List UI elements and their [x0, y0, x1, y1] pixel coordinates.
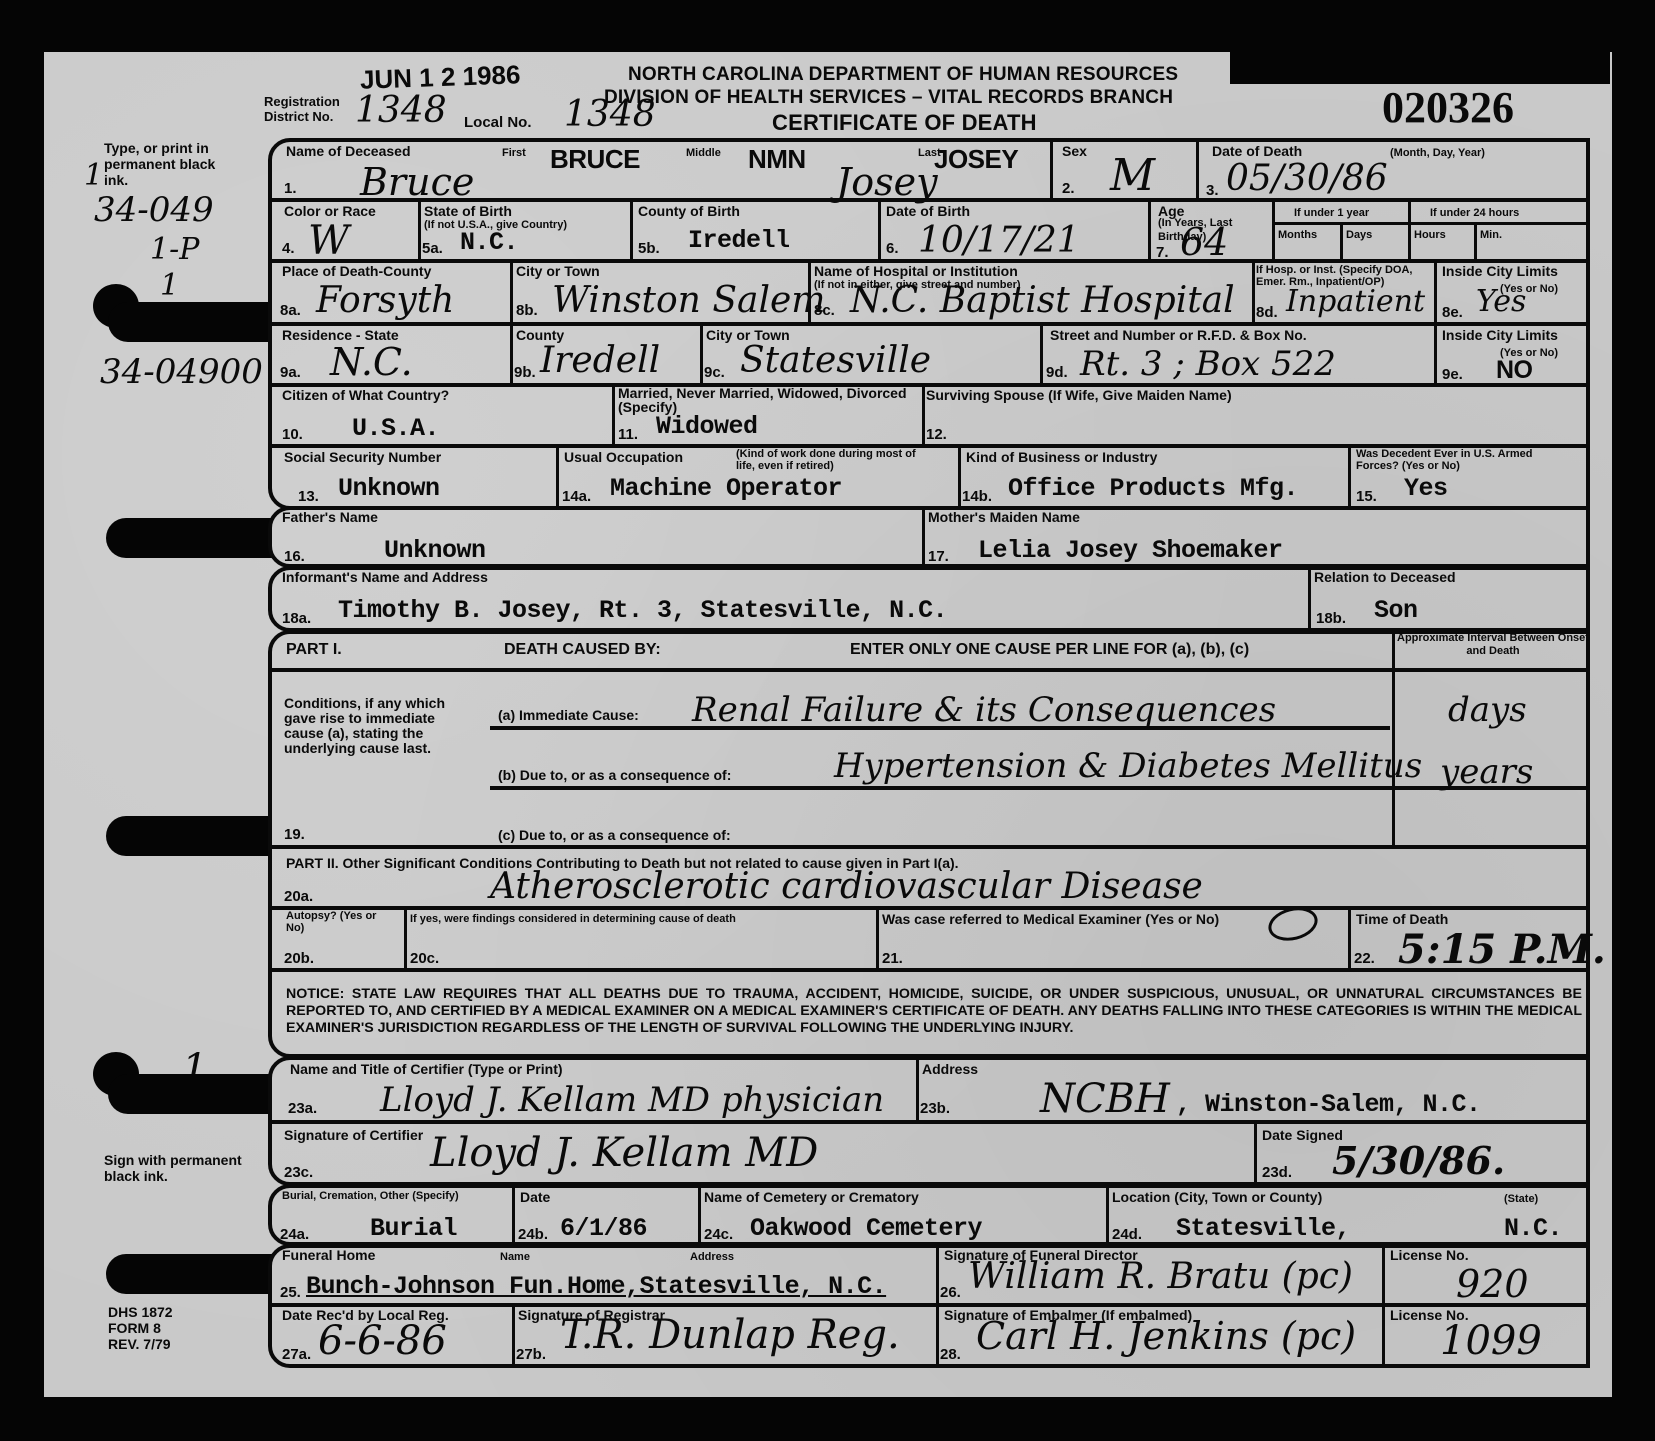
field-number: 26.	[940, 1284, 961, 1301]
field-number: 20b.	[284, 950, 314, 967]
father-value: Unknown	[384, 536, 486, 565]
field-number: 7.	[1156, 244, 1169, 261]
field-number: 24a.	[280, 1226, 309, 1243]
field-number: 17.	[928, 548, 949, 565]
divider	[510, 261, 513, 323]
field-number: 23d.	[1262, 1164, 1292, 1181]
spouse-label: Surviving Spouse (If Wife, Give Maiden N…	[926, 388, 1232, 402]
divider	[958, 446, 961, 508]
form-id-line: DHS 1872	[108, 1304, 173, 1320]
hospital-value: N.C. Baptist Hospital	[850, 280, 1235, 321]
divider	[272, 968, 1590, 972]
occupation-value: Machine Operator	[610, 474, 842, 503]
form-id: DHS 1872 FORM 8 REV. 7/79	[108, 1304, 173, 1352]
divider	[1148, 200, 1151, 260]
marital-value: Widowed	[656, 412, 758, 441]
certifier-address-label: Address	[922, 1062, 978, 1076]
cemetery-value: Oakwood Cemetery	[750, 1214, 982, 1243]
state-label: (State)	[1504, 1192, 1538, 1206]
signed-first-name: Bruce	[360, 160, 474, 204]
field-number: 2.	[1062, 180, 1075, 197]
state-value: N.C.	[1504, 1214, 1562, 1243]
field-number: 18a.	[282, 610, 311, 627]
binder-tab	[106, 1254, 272, 1294]
divider	[1040, 324, 1043, 384]
informant-label: Informant's Name and Address	[282, 570, 488, 584]
date-of-birth-label: Date of Birth	[886, 204, 970, 218]
certifier-signature-label: Signature of Certifier	[284, 1128, 423, 1142]
field-number: 24d.	[1112, 1226, 1142, 1243]
ssn-label: Social Security Number	[284, 450, 441, 464]
binder-tab	[106, 518, 272, 558]
field-number: 23a.	[288, 1100, 317, 1117]
county-of-birth-label: County of Birth	[638, 204, 740, 218]
field-number: 9e.	[1442, 366, 1463, 383]
divider	[916, 1058, 919, 1122]
certificate-number: 020326	[1382, 82, 1514, 133]
date-signed-label: Date Signed	[1262, 1128, 1343, 1142]
res-state-value: N.C.	[330, 340, 413, 384]
field-number: 14a.	[562, 488, 591, 505]
place-city-value: Winston Salem	[552, 280, 825, 321]
field-number: 14b.	[962, 488, 992, 505]
part1-label: PART I.	[286, 643, 342, 657]
divider	[272, 1120, 1590, 1124]
due-to-c-label: (c) Due to, or as a consequence of:	[498, 828, 731, 842]
field-number: 23c.	[284, 1164, 313, 1181]
embalmer-signature: Carl H. Jenkins (pc)	[976, 1314, 1356, 1358]
age-value: 64	[1180, 220, 1228, 264]
name-label: Name of Deceased	[286, 144, 411, 158]
divider	[1252, 261, 1255, 323]
field-number: 9a.	[280, 364, 301, 381]
interval-a-value: days	[1448, 690, 1527, 730]
legal-notice: NOTICE: STATE LAW REQUIRES THAT ALL DEAT…	[286, 986, 1582, 1037]
divider	[490, 786, 1590, 790]
divider	[404, 908, 407, 968]
location-label: Location (City, Town or County)	[1112, 1190, 1322, 1204]
ssn-value: Unknown	[338, 474, 440, 503]
divider	[1348, 446, 1351, 508]
res-street-label: Street and Number or R.F.D. & Box No.	[1050, 328, 1307, 342]
middle-label: Middle	[686, 146, 721, 160]
occupation-label: Usual Occupation	[564, 450, 683, 464]
form-id-line: FORM 8	[108, 1320, 173, 1336]
interval-label: Approximate Interval Between Onset and D…	[1396, 632, 1590, 658]
sex-value: M	[1110, 150, 1155, 201]
field-number: 8e.	[1442, 304, 1463, 321]
field-number: 16.	[284, 548, 305, 565]
margin-note: 1-P	[150, 232, 199, 267]
signed-last-name: Josey	[836, 160, 938, 204]
days-label: Days	[1346, 228, 1372, 242]
date-of-death-label: Date of Death	[1212, 144, 1302, 158]
divider	[1196, 140, 1199, 200]
min-label: Min.	[1480, 228, 1502, 242]
divider	[1408, 200, 1411, 260]
certificate-title: CERTIFICATE OF DEATH	[772, 110, 1037, 136]
immediate-cause-value: Renal Failure & its Consequences	[692, 690, 1276, 730]
field-number: 20c.	[410, 950, 439, 967]
field-number: 25.	[280, 1284, 301, 1301]
field-number: 5b.	[638, 240, 660, 257]
res-city-value: Statesville	[740, 340, 931, 381]
date-received-value: 6-6-86	[318, 1318, 447, 1364]
place-city-label: City or Town	[516, 264, 600, 278]
hosp-status-value: Inpatient	[1286, 284, 1425, 319]
division-title: DIVISION OF HEALTH SERVICES – VITAL RECO…	[604, 87, 1173, 109]
field-number: 21.	[882, 950, 903, 967]
conditions-note: Conditions, if any which gave rise to im…	[284, 696, 464, 756]
divider	[878, 200, 881, 260]
disposition-method-value: Burial	[370, 1214, 457, 1243]
res-street-value: Rt. 3 ; Box 522	[1080, 344, 1336, 384]
first-label: First	[502, 146, 526, 160]
due-to-b-value: Hypertension & Diabetes Mellitus	[834, 746, 1422, 786]
marital-label: Married, Never Married, Widowed, Divorce…	[618, 386, 908, 414]
inside-city-value: Yes	[1476, 284, 1526, 319]
time-of-death-value: 5:15 P.M.	[1398, 926, 1606, 973]
divider	[612, 385, 615, 445]
field-number: 28.	[940, 1346, 961, 1363]
field-number: 10.	[282, 426, 303, 443]
divider	[1272, 222, 1590, 225]
divider	[922, 508, 925, 568]
divider	[1340, 222, 1343, 260]
sign-instruction: Sign with permanent black ink.	[104, 1152, 264, 1184]
field-number: 23b.	[920, 1100, 950, 1117]
first-name: BRUCE	[550, 144, 640, 175]
divider	[556, 446, 559, 508]
field-number: 9b.	[514, 364, 536, 381]
field-number: 9c.	[704, 364, 725, 381]
part2-value: Atherosclerotic cardiovascular Disease	[490, 866, 1203, 907]
field-number: 8d.	[1256, 304, 1278, 321]
field-number: 8b.	[516, 302, 538, 319]
informant-value: Timothy B. Josey, Rt. 3, Statesville, N.…	[338, 596, 947, 625]
county-of-birth-value: Iredell	[688, 226, 790, 255]
field-number: 9d.	[1046, 364, 1068, 381]
margin-note: 34-04900	[100, 352, 263, 392]
res-county-value: Iredell	[540, 340, 660, 381]
disposition-date-label: Date	[520, 1190, 550, 1204]
mother-label: Mother's Maiden Name	[928, 510, 1080, 524]
field-number: 1.	[284, 180, 297, 197]
armed-forces-value: Yes	[1404, 474, 1448, 503]
field-number: 11.	[618, 426, 638, 443]
citizen-label: Citizen of What Country?	[282, 388, 449, 402]
license1-value: 920	[1456, 1262, 1529, 1306]
registrar-signature: T.R. Dunlap Reg.	[560, 1312, 900, 1358]
middle-name: NMN	[748, 144, 806, 175]
armed-forces-label: Was Decedent Ever in U.S. Armed Forces? …	[1356, 448, 1556, 472]
medical-examiner-label: Was case referred to Medical Examiner (Y…	[882, 912, 1219, 926]
field-number: 20a.	[284, 888, 313, 905]
place-county-label: Place of Death-County	[282, 264, 431, 278]
race-value: W	[308, 218, 349, 264]
divider	[1434, 261, 1437, 323]
local-no-value: 1348	[564, 94, 656, 135]
form-id-line: REV. 7/79	[108, 1336, 173, 1352]
certifier-address-hand: NCBH	[1040, 1076, 1170, 1122]
reg-district-value: 1348	[355, 90, 447, 131]
divider	[876, 908, 879, 968]
field-number: 5a.	[422, 240, 443, 257]
scan-border-tab	[1230, 44, 1610, 84]
field-number: 4.	[282, 240, 295, 257]
date-format-hint: (Month, Day, Year)	[1390, 146, 1485, 160]
location-value: Statesville,	[1176, 1214, 1350, 1243]
occupation-hint: (Kind of work done during most of life, …	[736, 448, 936, 472]
certifier-signature: Lloyd J. Kellam MD	[430, 1130, 818, 1176]
state-of-birth-hint: (If not U.S.A., give Country)	[424, 218, 624, 232]
ink-instruction: Type, or print in permanent black ink.	[104, 140, 234, 188]
funeral-name-sublabel: Name	[500, 1250, 530, 1264]
funeral-address-sublabel: Address	[690, 1250, 734, 1264]
divider	[698, 1186, 701, 1246]
field-number: 18b.	[1316, 610, 1346, 627]
field-number: 8a.	[280, 302, 301, 319]
autopsy-label: Autopsy? (Yes or No)	[286, 910, 396, 934]
margin-note: 34-049	[94, 190, 214, 230]
divider	[1392, 632, 1395, 848]
divider	[272, 322, 1590, 326]
divider	[936, 1246, 939, 1366]
divider	[512, 1186, 515, 1246]
divider	[1382, 1246, 1385, 1366]
certifier-name-value: Lloyd J. Kellam MD physician	[380, 1080, 884, 1120]
due-to-b-label: (b) Due to, or as a consequence of:	[498, 768, 731, 782]
time-of-death-label: Time of Death	[1356, 912, 1448, 926]
field-number: 22.	[1354, 950, 1375, 967]
divider	[1106, 1186, 1109, 1246]
field-number: 6.	[886, 240, 899, 257]
divider	[1434, 324, 1437, 384]
divider	[1348, 908, 1351, 968]
divider	[1308, 568, 1311, 632]
divider	[512, 1305, 515, 1367]
field-number: 27b.	[516, 1346, 546, 1363]
disposition-date-value: 6/1/86	[560, 1214, 647, 1243]
certifier-address-typed: , Winston-Salem, N.C.	[1176, 1090, 1481, 1119]
hospital-label: Name of Hospital or Institution	[814, 264, 1018, 278]
last-name: JOSEY	[934, 144, 1018, 175]
license1-label: License No.	[1390, 1248, 1469, 1262]
field-number: 3.	[1206, 182, 1219, 199]
disposition-method-label: Burial, Cremation, Other (Specify)	[282, 1190, 508, 1202]
dept-title: NORTH CAROLINA DEPARTMENT OF HUMAN RESOU…	[628, 64, 1178, 86]
field-number: 13.	[298, 488, 319, 505]
divider	[922, 385, 925, 445]
field-number: 19.	[284, 826, 305, 843]
place-county-value: Forsyth	[316, 280, 454, 321]
margin-note: 1	[84, 158, 103, 193]
findings-label: If yes, were findings considered in dete…	[410, 912, 736, 926]
months-label: Months	[1278, 228, 1317, 242]
industry-label: Kind of Business or Industry	[966, 450, 1157, 464]
divider	[700, 324, 703, 384]
father-label: Father's Name	[282, 510, 378, 524]
inside-city-label: Inside City Limits	[1442, 264, 1558, 278]
sex-label: Sex	[1062, 144, 1087, 158]
cemetery-label: Name of Cemetery or Crematory	[704, 1190, 919, 1204]
under-1-year-label: If under 1 year	[1294, 206, 1369, 220]
divider	[1474, 222, 1477, 260]
hours-label: Hours	[1414, 228, 1446, 242]
mother-value: Lelia Josey Shoemaker	[978, 536, 1283, 565]
race-label: Color or Race	[284, 204, 376, 218]
binder-tab	[108, 1074, 272, 1114]
relation-label: Relation to Deceased	[1314, 570, 1456, 584]
inside-city-9e-label: Inside City Limits	[1442, 328, 1558, 342]
binder-tab	[106, 816, 272, 856]
certifier-name-label: Name and Title of Certifier (Type or Pri…	[290, 1062, 563, 1076]
date-of-birth-value: 10/17/21	[918, 220, 1080, 261]
funeral-home-value: Bunch-Johnson Fun.Home,Statesville, N.C.	[306, 1272, 886, 1301]
death-caused-by-label: DEATH CAUSED BY:	[504, 643, 661, 657]
state-of-birth-label: State of Birth	[424, 204, 512, 218]
field-number: 12.	[926, 426, 947, 443]
immediate-cause-label: (a) Immediate Cause:	[498, 708, 639, 722]
date-signed-value: 5/30/86.	[1332, 1138, 1505, 1183]
divider	[510, 324, 513, 384]
relation-value: Son	[1374, 596, 1418, 625]
field-number: 15.	[1356, 488, 1377, 505]
funeral-home-label: Funeral Home	[282, 1248, 375, 1262]
divider	[1050, 140, 1053, 200]
local-no-label: Local No.	[464, 114, 532, 131]
state-of-birth-value: N.C.	[460, 228, 518, 257]
divider	[1272, 200, 1275, 260]
margin-note: 1	[160, 268, 179, 303]
date-of-death-value: 05/30/86	[1226, 158, 1388, 199]
field-number: 24c.	[704, 1226, 733, 1243]
reg-district-label: Registration District No.	[264, 94, 354, 124]
field-number: 8c.	[814, 302, 835, 319]
field-number: 27a.	[282, 1346, 311, 1363]
under-24-hours-label: If under 24 hours	[1430, 206, 1519, 220]
binder-tab	[108, 302, 272, 342]
license2-value: 1099	[1440, 1318, 1542, 1364]
divider	[1254, 1122, 1257, 1184]
citizen-value: U.S.A.	[352, 414, 439, 443]
funeral-director-signature: William R. Bratu (pc)	[968, 1256, 1353, 1297]
field-number: 24b.	[518, 1226, 548, 1243]
interval-b-value: years	[1440, 752, 1533, 792]
one-cause-instruction: ENTER ONLY ONE CAUSE PER LINE FOR (a), (…	[850, 643, 1249, 657]
divider	[418, 200, 421, 260]
divider	[630, 200, 633, 260]
industry-value: Office Products Mfg.	[1008, 474, 1298, 503]
inside-city-9e-value: NO	[1496, 356, 1533, 385]
